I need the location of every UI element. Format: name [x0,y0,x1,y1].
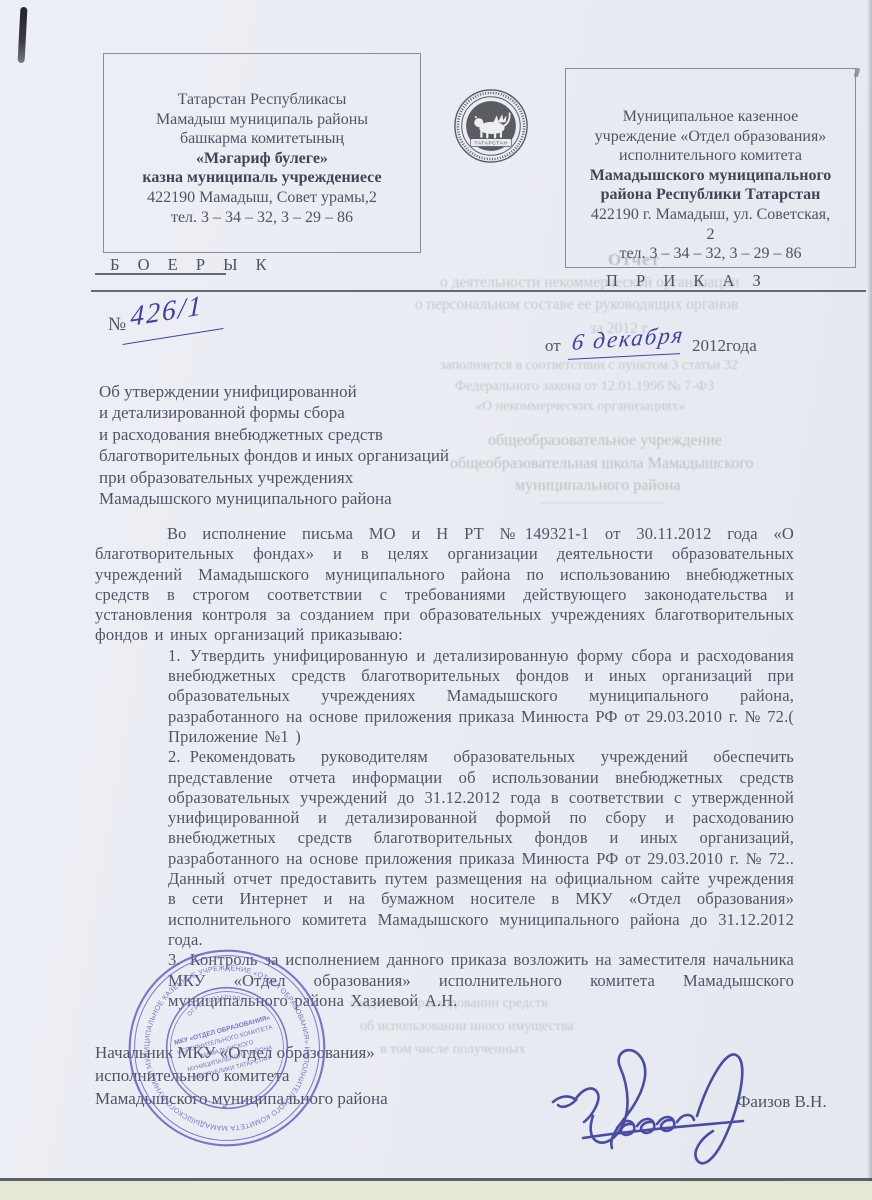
tatarstan-emblem-icon: ТАТАРСТАН [452,87,530,165]
org-address: 422190 Мамадыш, Совет урамы,2 [104,188,420,208]
item-text: Рекомендовать руководителям образователь… [168,747,794,949]
item-number: 2. [168,747,190,766]
bleedthrough-text: ––––––––––––––––––– [540,494,664,510]
order-type-label-russian: П Р И К А З [606,271,768,291]
bleedthrough-text: муниципального района [515,477,681,495]
bleedthrough-text: в том числе полученных [380,1042,526,1058]
subject-line: Мамадышского муниципального района [99,488,449,509]
order-intro-paragraph: Во исполнение письма МО и Н РТ №149321-1… [95,524,794,646]
org-line: «Мәгариф булеге» [104,149,420,169]
header-rule [91,290,866,292]
bleedthrough-text: Федерального закона от 12.01.1996 № 7-ФЗ [455,379,714,395]
scanner-background [0,1181,872,1200]
org-line: исполнительного комитета [566,146,855,166]
org-line: Татарстан Республикасы [104,90,420,110]
order-subject: Об утверждении унифицированной и детализ… [99,381,449,509]
order-date-year: 2012года [692,336,757,356]
org-address: 422190 г. Мамадыш, ул. Советская, [566,205,855,225]
org-name-box-russian: Муниципальное казенное учреждение «Отдел… [565,68,856,268]
official-stamp: МУНИЦИПАЛЬНОЕ КАЗЕННОЕ УЧРЕЖДЕНИЕ «ОТДЕЛ… [120,941,334,1155]
subject-line: и расходования внебюджетных средств [99,424,449,445]
bleedthrough-text: общеобразовательная школа Мамадышского [450,455,754,473]
order-date-prefix: от [545,336,561,356]
emblem-ribbon-label: ТАТАРСТАН [474,141,507,147]
bleedthrough-text: о персональном составе ее руководящих ор… [415,296,738,314]
order-type-label-tatar: Б О Е Р Ы К [110,255,274,275]
org-line: Мамадыш муниципаль районы [104,110,420,130]
org-name-box-tatar: Татарстан Республикасы Мамадыш муниципал… [103,53,421,253]
subject-line: Об утверждении унифицированной [99,381,449,402]
signature-stroke [545,1016,770,1168]
org-address: 2 [566,225,855,245]
org-line: башкарма комитетының [104,129,420,149]
order-number-label: № [108,314,126,336]
label-underline [95,273,226,275]
subject-line: благотворительных фондов и иных организа… [99,445,449,466]
org-line: Муниципальное казенное [566,107,855,127]
paper-edge [867,0,872,1181]
org-line: казна муниципаль учреждениесе [104,168,420,188]
bleedthrough-text: «О некоммерческих организациях» [475,399,685,415]
org-phone: тел. 3 – 34 – 32, 3 – 29 – 86 [104,208,420,228]
org-line: Мамадышского муниципального [566,166,855,186]
order-item-2: 2.Рекомендовать руководителям образовате… [168,747,794,950]
org-phone: тел. 3 – 34 – 32, 3 – 29 – 86 [566,244,855,264]
org-line: учреждение «Отдел образования» [566,127,855,147]
bleedthrough-text: общеобразовательное учреждение [488,432,722,450]
scanned-order-page: Отчет о деятельности некоммерческой орга… [0,0,872,1200]
order-item-1: 1.Утвердить унифицированную и детализиро… [168,646,794,747]
bleedthrough-text: об использовании иного имущества [360,1019,574,1035]
item-text: Утвердить унифицированную и детализирова… [168,646,794,746]
item-number: 1. [168,646,190,665]
subject-line: и детализированной формы сбора [99,402,449,423]
org-line: района Республики Татарстан [566,185,855,205]
bleedthrough-text: заполняется в соответствии с пунктом 3 с… [440,358,738,374]
subject-line: при образовательных учреждениях [99,467,449,488]
order-body: Во исполнение письма МО и Н РТ №149321-1… [95,524,794,1011]
